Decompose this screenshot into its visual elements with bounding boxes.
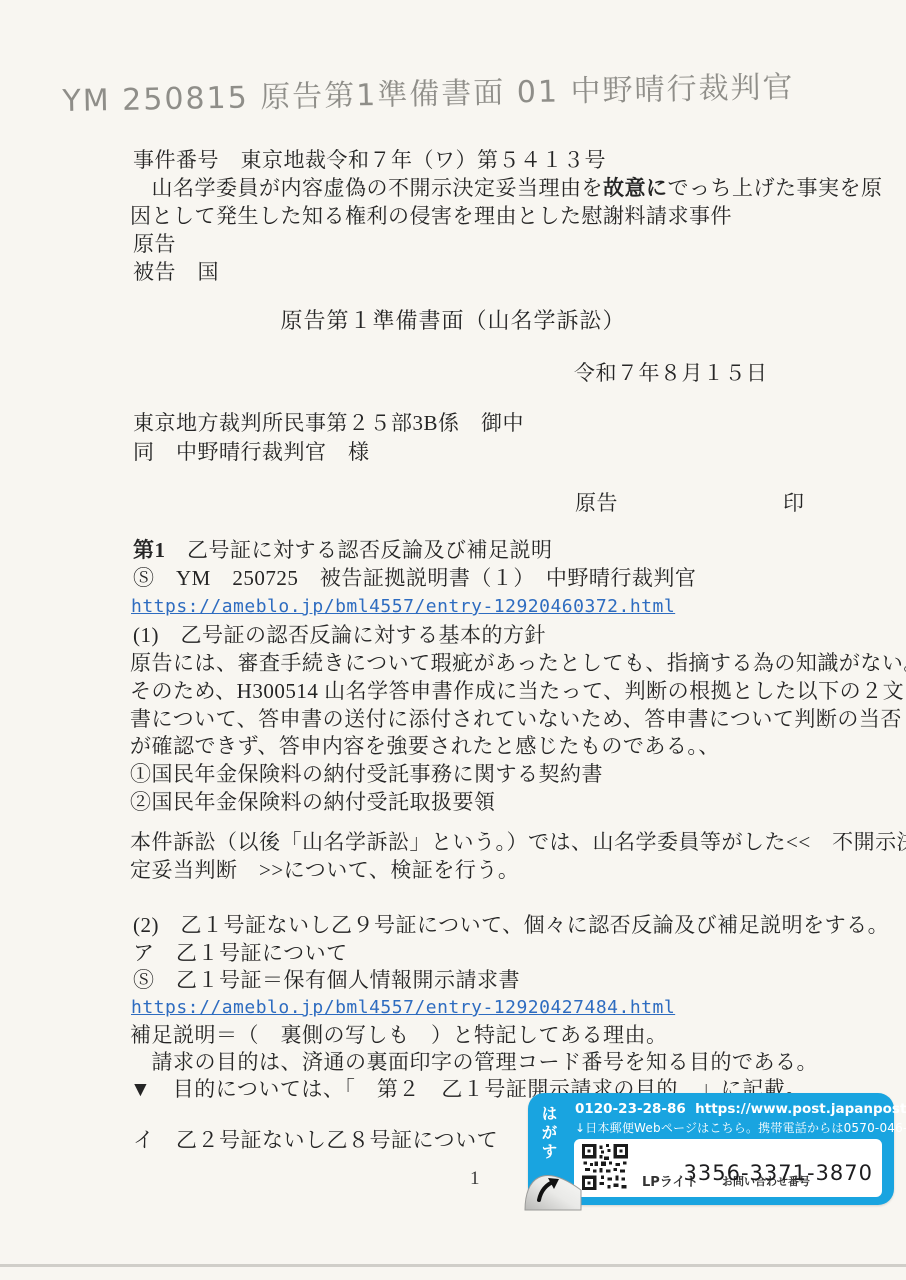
signature-party: 原告 [575, 490, 618, 516]
paragraph1-line2: そのため、H300514 山名学答申書作成に当たって、判断の根拠とした以下の２文 [130, 678, 904, 704]
paragraph2-line2: 定妥当判断 >>について、検証を行う。 [130, 857, 519, 883]
paragraph1-line4: が確認できず、答申内容を強要されたと感じたものである。、 [130, 733, 720, 759]
numbered-item-1: ①国民年金保険料の納付受託事務に関する契約書 [130, 761, 603, 787]
scanned-court-document: YM 250815 原告第1準備書面 01 中野晴行裁判官 事件番号 東京地裁令… [0, 0, 906, 1280]
evidence-url-2: https://ameblo.jp/bml4557/entry-12920427… [131, 997, 675, 1018]
paragraph2-line1: 本件訴訟（以後「山名学訴訟」という。）では、山名学委員等がした<< 不開示決 [130, 829, 906, 855]
page-number: 1 [470, 1168, 480, 1190]
case-title-line2: 因として発生した知る権利の侵害を理由とした慰謝料請求事件 [130, 203, 732, 229]
section1-number: 第1 [133, 538, 166, 562]
plaintiff-label: 原告 [133, 231, 176, 257]
defendant-label: 被告 国 [133, 259, 219, 285]
document-title: 原告第１準備書面（山名学訴訟） [0, 304, 906, 335]
sticker-web-info: ↓日本郵便Webページはこちら。携帯電話からは0570-046-666 [575, 1119, 906, 1136]
numbered-item-2: ②国民年金保険料の納付受託取扱要領 [130, 789, 496, 815]
evidence-url-1: https://ameblo.jp/bml4557/entry-12920460… [131, 596, 675, 617]
sticker-white-panel: LPライト お問い合わせ番号 3356-3371-3870 [574, 1139, 882, 1197]
item-a-purpose: 請求の目的は、済通の裏面印字の管理コード番号を知る目的である。 [130, 1049, 818, 1075]
scan-edge-line [0, 1264, 906, 1267]
addressee-judge: 同 中野晴行裁判官 様 [133, 439, 370, 465]
document-date: 令和７年８月１５日 [574, 360, 768, 386]
section1-s-line: Ⓢ YM 250725 被告証拠説明書（１） 中野晴行裁判官 [133, 565, 696, 591]
section1-title: 乙号証に対する認否反論及び補足説明 [166, 538, 553, 562]
peel-corner-icon [521, 1148, 585, 1212]
tracking-number: 3356-3371-3870 [684, 1161, 874, 1185]
case-number: 事件番号 東京地裁令和７年（ワ）第５４１３号 [133, 147, 606, 173]
case-title-pre: 山名学委員が内容虚偽の不開示決定妥当理由を [130, 176, 603, 200]
item-i-heading: イ 乙２号証ないし乙８号証について [133, 1127, 498, 1153]
sticker-phone-url: 0120-23-28-86 https://www.post.japanpost… [575, 1101, 906, 1117]
addressee-court: 東京地方裁判所民事第２５部3B係 御中 [133, 410, 524, 436]
qr-code-icon [582, 1144, 628, 1190]
case-title-line1: 山名学委員が内容虚偽の不開示決定妥当理由を故意にでっち上げた事実を原 [130, 175, 883, 201]
handwritten-note: YM 250815 原告第1準備書面 01 中野晴行裁判官 [62, 62, 795, 120]
subsection2-heading: (2) 乙１号証ないし乙９号証について、個々に認否反論及び補足説明をする。 [133, 912, 889, 938]
case-title-emphasis: 故意に [603, 176, 668, 200]
item-a-heading: ア 乙１号証について [133, 940, 348, 966]
subsection1-heading: (1) 乙号証の認否反論に対する基本的方針 [133, 622, 546, 648]
signature-seal: 印 [783, 490, 805, 516]
japan-post-sticker: はがす 0120-23-28-86 https://www.post.japan… [528, 1093, 894, 1205]
paragraph1-line3: 書について、答申書の送付に添付されていないため、答申書について判断の当否 [130, 706, 902, 732]
section1-heading: 第1 乙号証に対する認否反論及び補足説明 [133, 537, 553, 563]
case-title-post: でっち上げた事実を原 [668, 176, 883, 200]
item-a-s-line: Ⓢ 乙１号証＝保有個人情報開示請求書 [133, 967, 520, 993]
item-a-note: 補足説明＝（ 裏側の写しも ）と特記してある理由。 [130, 1022, 668, 1048]
paragraph1-line1: 原告には、審査手続きについて瑕疵があったとしても、指摘する為の知識がない。 [130, 650, 906, 676]
